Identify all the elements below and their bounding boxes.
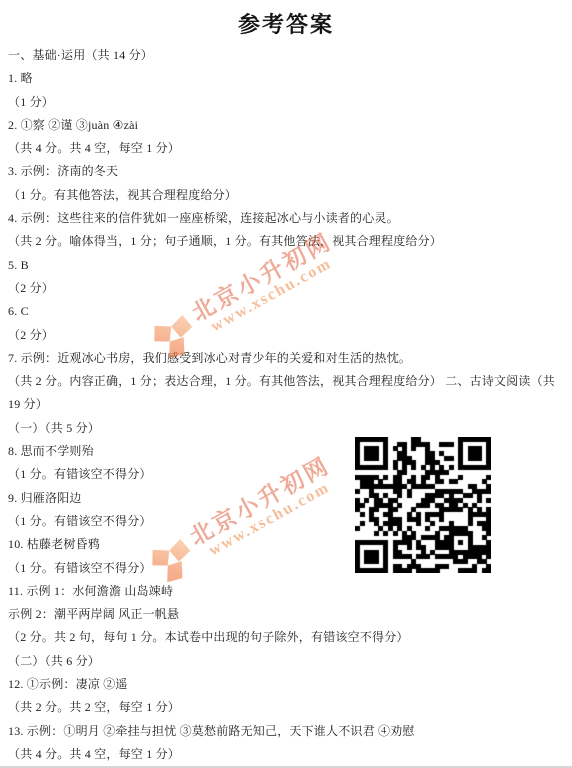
answer-lines: 一、基础·运用（共 14 分）1. 略（1 分）2. ①察 ②谨 ③juàn ④… <box>8 44 564 766</box>
answer-line: 1. 略 <box>8 67 564 90</box>
answer-line: 13. 示例：①明月 ②牵挂与担忧 ③莫愁前路无知己，天下谁人不识君 ④劝慰 <box>8 720 564 743</box>
qr-code-image <box>355 437 491 573</box>
answer-line: 12. ①示例：凄凉 ②遥 <box>8 673 564 696</box>
answer-line: 3. 示例：济南的冬天 <box>8 160 564 183</box>
qr-code <box>355 437 491 573</box>
answer-line: （共 2 分。喻体得当，1 分；句子通顺，1 分。有其他答法，视其合理程度给分） <box>8 230 564 253</box>
answer-line: 4. 示例：这些往来的信件犹如一座座桥梁，连接起冰心与小读者的心灵。 <box>8 207 564 230</box>
answer-line: （共 2 分。内容正确，1 分；表达合理，1 分。有其他答法，视其合理程度给分）… <box>8 370 564 417</box>
answer-line: （1 分） <box>8 91 564 114</box>
answer-line: 11. 示例 1：水何澹澹 山岛竦峙 <box>8 580 564 603</box>
answer-line: （2 分） <box>8 324 564 347</box>
answer-line: 7. 示例：近观冰心书房，我们感受到冰心对青少年的关爱和对生活的热忱。 <box>8 347 564 370</box>
answer-line: 2. ①察 ②谨 ③juàn ④zài <box>8 114 564 137</box>
answer-line: （共 4 分。共 4 空，每空 1 分） <box>8 137 564 160</box>
answer-line: 一、基础·运用（共 14 分） <box>8 44 564 67</box>
answer-line: 5. B <box>8 254 564 277</box>
answer-line: （2 分。共 2 句，每句 1 分。本试卷中出现的句子除外，有错该空不得分） <box>8 626 564 649</box>
answer-line: （二）（共 6 分） <box>8 650 564 673</box>
answer-line: （2 分） <box>8 277 564 300</box>
page-title: 参考答案 <box>0 0 572 39</box>
answer-line: 示例 2：潮平两岸阔 风正一帆悬 <box>8 603 564 626</box>
answer-line: （共 4 分。共 4 空，每空 1 分） <box>8 743 564 766</box>
answer-line: （1 分。有其他答法，视其合理程度给分） <box>8 184 564 207</box>
answer-sheet-page: 参考答案 一、基础·运用（共 14 分）1. 略（1 分）2. ①察 ②谨 ③j… <box>0 0 572 768</box>
answer-line: （共 2 分。共 2 空，每空 1 分） <box>8 696 564 719</box>
answer-line: 6. C <box>8 300 564 323</box>
